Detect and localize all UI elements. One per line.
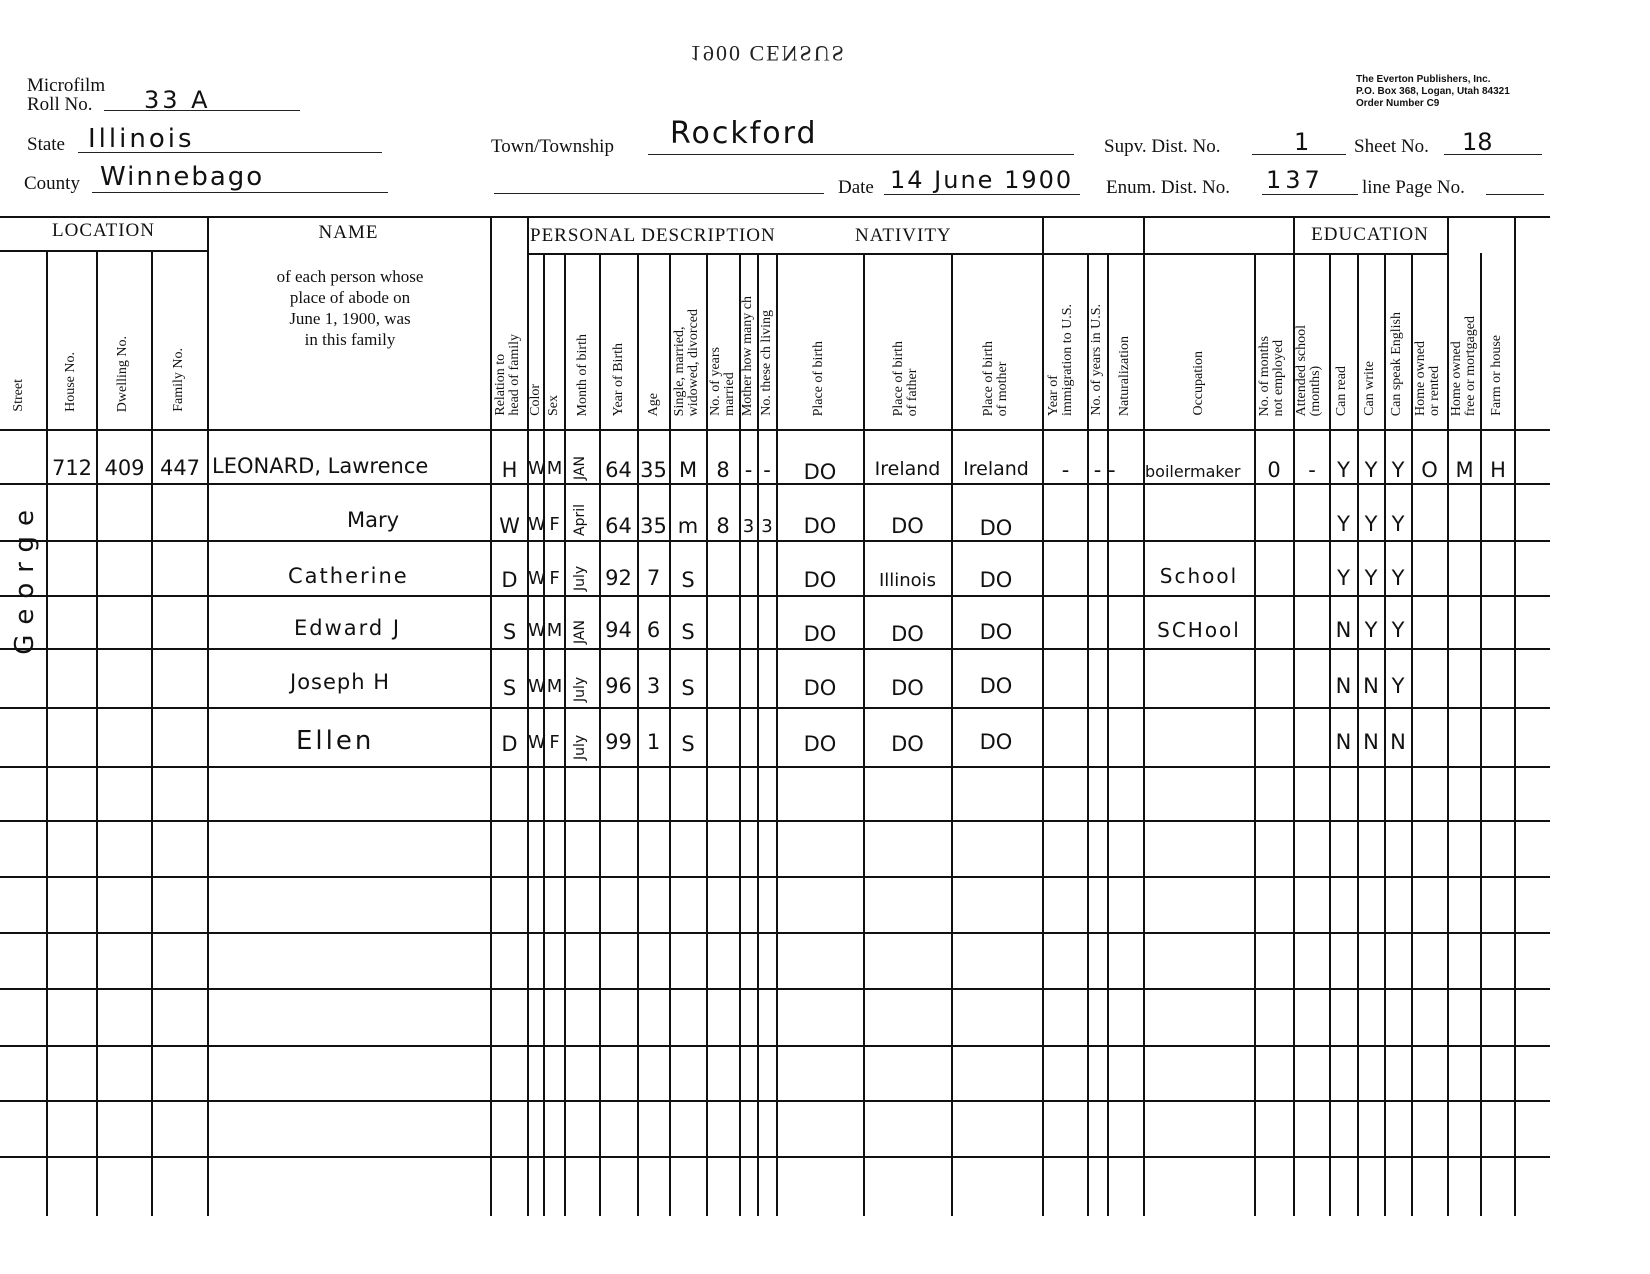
birth-year[interactable]: 96 — [600, 674, 637, 698]
relation[interactable]: W — [492, 514, 527, 538]
col-rule — [1107, 253, 1109, 1216]
col-header-father-birthplace: Place of birth of father — [892, 341, 920, 416]
col-rule — [527, 216, 529, 1216]
farm-or-house[interactable]: H — [1482, 458, 1514, 482]
sex[interactable]: M — [545, 458, 564, 479]
col-header-dwelling: Dwelling No. — [116, 336, 130, 412]
age[interactable]: 3 — [638, 674, 669, 698]
col-header-home-owned-rented: Home owned or rented — [1414, 341, 1442, 416]
occupation[interactable]: boilermaker — [1145, 462, 1253, 481]
section-personal: PERSONAL DESCRIPTION — [530, 225, 776, 247]
col-rule — [151, 250, 153, 1216]
col-header-farm-house: Farm or house — [1490, 335, 1504, 416]
col-header-occupation: Occupation — [1192, 351, 1206, 416]
marital-status[interactable]: S — [670, 568, 706, 592]
row-rule — [0, 595, 1550, 597]
sex[interactable]: F — [545, 732, 564, 753]
relation[interactable]: D — [492, 732, 527, 756]
row-rule — [0, 1156, 1550, 1158]
row-rule — [0, 648, 1550, 650]
sex[interactable]: M — [545, 620, 564, 641]
birthplace[interactable]: DO — [777, 460, 863, 484]
education-section-rule — [1042, 253, 1448, 255]
can-write[interactable]: Y — [1358, 566, 1384, 590]
col-header-relation: Relation to head of family — [494, 334, 522, 416]
father-birthplace[interactable]: DO — [864, 514, 951, 538]
attended-school[interactable]: - — [1295, 458, 1329, 482]
sex[interactable]: M — [545, 676, 564, 697]
row-rule — [0, 766, 1550, 768]
color[interactable]: W — [528, 676, 543, 697]
col-header-can-write: Can write — [1363, 361, 1377, 416]
roll-value: 33 A — [144, 86, 211, 114]
sex[interactable]: F — [545, 568, 564, 589]
marital-status[interactable]: S — [670, 732, 706, 756]
line-page-field[interactable] — [1486, 174, 1544, 195]
supv-field[interactable]: 1 — [1252, 134, 1346, 155]
mother-children[interactable]: - — [740, 458, 757, 482]
birth-year[interactable]: 92 — [600, 566, 637, 590]
years-married[interactable]: 8 — [707, 458, 739, 482]
months-unemployed[interactable]: 0 — [1255, 458, 1293, 482]
personal-section-rule — [528, 253, 1042, 255]
col-header-color: Color — [529, 384, 543, 416]
color[interactable]: W — [528, 514, 543, 535]
col-header-year: Year of Birth — [612, 343, 626, 416]
can-write[interactable]: Y — [1358, 618, 1384, 642]
can-read[interactable]: Y — [1330, 512, 1357, 536]
sex[interactable]: F — [545, 514, 564, 535]
can-read[interactable]: N — [1330, 674, 1357, 698]
occupation[interactable]: SCHool — [1145, 618, 1253, 642]
person-name[interactable]: Joseph H — [212, 670, 487, 694]
date-value: 14 June 1900 — [890, 166, 1073, 194]
can-write[interactable]: Y — [1358, 512, 1384, 536]
county-field[interactable]: Winnebago — [92, 168, 388, 193]
sheet-value: 18 — [1462, 128, 1493, 156]
birth-month[interactable]: April — [572, 488, 588, 536]
col-rule — [1254, 253, 1256, 1216]
age[interactable]: 1 — [638, 730, 669, 754]
can-write[interactable]: N — [1358, 674, 1384, 698]
col-header-house: House No. — [64, 352, 78, 412]
location-section-rule — [0, 250, 208, 252]
col-rule — [564, 253, 566, 1216]
col-header-years-married: No. of years married — [709, 347, 737, 416]
publisher-block: The Everton Publishers, Inc. P.O. Box 36… — [1356, 74, 1510, 110]
mother-birthplace[interactable]: DO — [952, 516, 1040, 540]
person-name[interactable]: LEONARD, Lawrence — [212, 454, 487, 478]
col-rule — [96, 250, 98, 1216]
dwelling-no[interactable]: 409 — [98, 456, 151, 480]
birth-year[interactable]: 64 — [600, 458, 637, 482]
family-no[interactable]: 447 — [153, 456, 207, 480]
line-page-label: line Page No. — [1362, 177, 1465, 199]
street-name: George — [10, 500, 40, 655]
col-header-age: Age — [647, 393, 661, 416]
col-header-naturalization: Naturalization — [1118, 336, 1132, 416]
years-in-us[interactable]: - — [1088, 458, 1107, 482]
sheet-label: Sheet No. — [1354, 136, 1429, 158]
col-rule — [1143, 216, 1145, 1216]
can-write[interactable]: N — [1358, 730, 1384, 754]
blank-field[interactable] — [494, 175, 824, 194]
col-rule — [1514, 216, 1516, 1216]
state-label: State — [27, 134, 65, 156]
marital-status[interactable]: M — [670, 458, 706, 482]
col-header-mother-birthplace: Place of birth of mother — [982, 341, 1010, 416]
col-rule — [1042, 216, 1044, 1216]
col-header-can-speak-english: Can speak English — [1390, 312, 1404, 416]
row-rule — [0, 1100, 1550, 1102]
section-name: NAME — [207, 222, 490, 244]
can-speak-english[interactable]: N — [1385, 730, 1411, 754]
can-speak-english[interactable]: Y — [1385, 512, 1411, 536]
person-name[interactable]: Edward J — [212, 616, 487, 640]
father-birthplace[interactable]: Illinois — [864, 570, 951, 591]
can-write[interactable]: Y — [1358, 458, 1384, 482]
mother-birthplace[interactable]: DO — [952, 730, 1040, 754]
town-value: Rockford — [670, 116, 817, 151]
col-header-years-us: No. of years in U.S. — [1090, 304, 1104, 416]
marital-status[interactable]: S — [670, 676, 706, 700]
mother-birthplace[interactable]: DO — [952, 674, 1040, 698]
naturalization[interactable]: - — [1108, 458, 1143, 482]
can-speak-english[interactable]: Y — [1385, 674, 1411, 698]
father-birthplace[interactable]: DO — [864, 676, 951, 700]
col-header-immigration: Year of immigration to U.S. — [1047, 304, 1075, 416]
color[interactable]: W — [528, 458, 543, 479]
enum-label: Enum. Dist. No. — [1106, 177, 1230, 199]
supv-value: 1 — [1294, 128, 1309, 156]
color[interactable]: W — [528, 620, 543, 641]
publisher-order: Order Number C9 — [1356, 98, 1510, 110]
birthplace[interactable]: DO — [777, 676, 863, 700]
color[interactable]: W — [528, 568, 543, 589]
father-birthplace[interactable]: DO — [864, 732, 951, 756]
state-field[interactable]: Illinois — [78, 130, 382, 153]
col-header-home-free-mortgaged: Home owned free or mortgaged — [1450, 316, 1478, 416]
immigration-year[interactable]: - — [1044, 458, 1087, 482]
birthplace[interactable]: DO — [777, 514, 863, 538]
col-header-street: Street — [12, 379, 26, 412]
home-free-mortgaged[interactable]: M — [1449, 458, 1480, 482]
father-birthplace[interactable]: DO — [864, 622, 951, 646]
grid-top-border — [0, 216, 1550, 218]
col-header-sex: Sex — [547, 395, 561, 416]
birthplace[interactable]: DO — [777, 622, 863, 646]
mother-birthplace[interactable]: DO — [952, 568, 1040, 592]
supv-label: Supv. Dist. No. — [1104, 136, 1220, 158]
can-speak-english[interactable]: Y — [1385, 458, 1411, 482]
town-field[interactable]: Rockford — [648, 128, 1074, 155]
mother-birthplace[interactable]: Ireland — [952, 458, 1040, 480]
relation[interactable]: D — [492, 568, 527, 592]
age[interactable]: 7 — [638, 566, 669, 590]
birth-month[interactable]: July — [572, 712, 588, 760]
person-name[interactable]: Mary — [212, 508, 487, 532]
section-location: LOCATION — [0, 220, 207, 242]
date-field[interactable]: 14 June 1900 — [884, 170, 1080, 195]
col-header-attended-school: Attended school (months) — [1295, 325, 1323, 416]
row-rule — [0, 707, 1550, 709]
person-name[interactable]: Catherine — [212, 564, 487, 588]
row-rule — [0, 1045, 1550, 1047]
publisher-name: The Everton Publishers, Inc. — [1356, 74, 1510, 86]
col-rule — [490, 216, 492, 1216]
marital-status[interactable]: m — [670, 514, 706, 538]
can-read[interactable]: N — [1330, 730, 1357, 754]
name-description: of each person whose place of abode on J… — [210, 266, 490, 350]
town-label: Town/Township — [491, 136, 614, 158]
date-label: Date — [838, 177, 874, 199]
can-speak-english[interactable]: Y — [1385, 618, 1411, 642]
marital-status[interactable]: S — [670, 620, 706, 644]
section-education: EDUCATION — [1293, 224, 1447, 246]
sheet-field[interactable]: 18 — [1444, 134, 1542, 155]
birthplace[interactable]: DO — [777, 732, 863, 756]
birth-year[interactable]: 94 — [600, 618, 637, 642]
publisher-address: P.O. Box 368, Logan, Utah 84321 — [1356, 86, 1510, 98]
age[interactable]: 6 — [638, 618, 669, 642]
father-birthplace[interactable]: Ireland — [864, 458, 951, 480]
microfilm-label: Microfilm Roll No. — [27, 76, 105, 114]
relation[interactable]: H — [492, 458, 527, 482]
col-header-children-living: No. these ch living — [760, 310, 774, 416]
row-rule — [0, 483, 1550, 485]
children-living[interactable]: 3 — [758, 516, 776, 537]
relation[interactable]: S — [492, 620, 527, 644]
col-rule — [1480, 253, 1482, 1216]
col-header-family: Family No. — [172, 348, 186, 412]
form-title-mark: 1900 CENSUS — [690, 40, 846, 66]
birth-month[interactable]: JAN — [572, 600, 588, 644]
color[interactable]: W — [528, 732, 543, 753]
county-value: Winnebago — [100, 162, 264, 192]
enum-value: 137 — [1266, 166, 1324, 194]
birth-month[interactable]: July — [572, 545, 588, 591]
can-read[interactable]: Y — [1330, 566, 1357, 590]
can-read[interactable]: N — [1330, 618, 1357, 642]
mother-children[interactable]: 3 — [740, 516, 757, 537]
birthplace[interactable]: DO — [777, 568, 863, 592]
home-owned-rented[interactable]: O — [1412, 458, 1447, 482]
col-header-month: Month of birth — [576, 334, 590, 416]
person-name[interactable]: Ellen — [212, 726, 487, 756]
birth-year[interactable]: 64 — [600, 514, 637, 538]
col-header-can-read: Can read — [1335, 366, 1349, 416]
row-rule — [0, 876, 1550, 878]
col-header-birthplace: Place of birth — [812, 341, 826, 416]
state-value: Illinois — [88, 124, 195, 154]
row-rule — [0, 932, 1550, 934]
county-label: County — [24, 173, 80, 195]
col-header-months-unemployed: No. of months not employed — [1258, 336, 1286, 417]
birth-month[interactable]: July — [572, 654, 588, 702]
header-bottom-rule — [0, 429, 1550, 431]
birth-month[interactable]: JAN — [572, 434, 588, 480]
relation[interactable]: S — [492, 676, 527, 700]
col-header-marital: Single, married, widowed, divorced — [673, 309, 701, 416]
age[interactable]: 35 — [638, 514, 669, 538]
enum-field[interactable]: 137 — [1262, 172, 1358, 195]
row-rule — [0, 988, 1550, 990]
children-living[interactable]: - — [758, 458, 776, 482]
house-no[interactable]: 712 — [48, 456, 96, 480]
roll-field[interactable]: 33 A — [104, 92, 300, 111]
age[interactable]: 35 — [638, 458, 669, 482]
section-nativity: NATIVITY — [855, 225, 952, 247]
can-speak-english[interactable]: Y — [1385, 566, 1411, 590]
years-married[interactable]: 8 — [707, 514, 739, 538]
can-read[interactable]: Y — [1330, 458, 1357, 482]
col-rule — [46, 250, 48, 1216]
row-rule — [0, 820, 1550, 822]
row-rule — [0, 540, 1550, 542]
col-header-mother-children: Mother how many ch — [741, 296, 755, 416]
mother-birthplace[interactable]: DO — [952, 620, 1040, 644]
col-rule — [207, 216, 209, 1216]
birth-year[interactable]: 99 — [600, 730, 637, 754]
occupation[interactable]: School — [1145, 564, 1253, 588]
